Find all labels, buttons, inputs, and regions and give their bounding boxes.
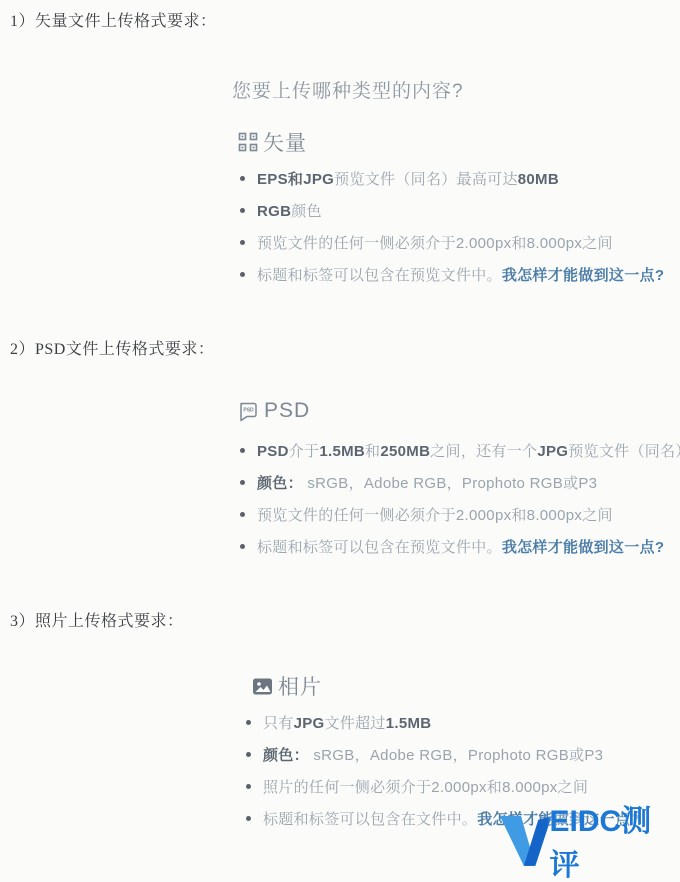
- text-segment: 预览文件的任何一侧必须介于2.000px和8.000px之间: [257, 507, 613, 524]
- requirement-text: RGB颜色: [257, 200, 322, 221]
- text-segment: sRGB，Adobe RGB，Prophoto RGB或P3: [309, 747, 603, 764]
- requirement-text: EPS和JPG预览文件（同名）最高可达80MB: [257, 168, 559, 189]
- bullet-dot: [240, 448, 245, 453]
- bullet-dot: [246, 720, 251, 725]
- text-segment: 80MB: [518, 171, 559, 188]
- vector-type-label: 矢量: [263, 127, 307, 157]
- requirement-text: 颜色： sRGB，Adobe RGB，Prophoto RGB或P3: [257, 472, 597, 493]
- bullet-dot: [246, 816, 251, 821]
- psd-type-heading: PSD PSD: [238, 399, 310, 423]
- text-segment: 只有: [263, 715, 294, 732]
- requirement-text: 颜色： sRGB，Adobe RGB，Prophoto RGB或P3: [263, 744, 603, 765]
- requirement-item: EPS和JPG预览文件（同名）最高可达80MB: [240, 162, 680, 194]
- requirement-item: 只有JPG文件超过1.5MB: [246, 706, 680, 738]
- requirement-text: 预览文件的任何一侧必须介于2.000px和8.000px之间: [257, 232, 613, 253]
- requirement-item: PSD介于1.5MB和250MB之间，还有一个JPG预览文件（同名）: [240, 434, 680, 466]
- bullet-dot: [240, 512, 245, 517]
- requirement-item: RGB颜色: [240, 194, 680, 226]
- text-segment: 1.5MB: [319, 443, 365, 460]
- section-1-number-heading: 1）矢量文件上传格式要求：: [10, 8, 217, 31]
- photo-icon: [252, 676, 273, 697]
- text-segment: PSD: [257, 443, 289, 460]
- requirement-text: 预览文件的任何一侧必须介于2.000px和8.000px之间: [257, 504, 613, 525]
- bullet-dot: [240, 480, 245, 485]
- requirement-text: 标题和标签可以包含在预览文件中。我怎样才能做到这一点?: [257, 536, 664, 557]
- photo-type-label: 相片: [278, 671, 322, 701]
- text-segment: JPG: [294, 715, 325, 732]
- veidc-watermark: EIDC测评: [498, 796, 680, 882]
- text-segment: 标题和标签可以包含在预览文件中。: [257, 539, 502, 556]
- text-segment: 颜色: [291, 203, 322, 220]
- requirement-text: 照片的任何一侧必须介于2.000px和8.000px之间: [263, 776, 588, 797]
- requirement-item: 颜色： sRGB，Adobe RGB，Prophoto RGB或P3: [240, 466, 680, 498]
- text-segment: 预览文件（同名）最高可达: [334, 171, 518, 188]
- requirement-item: 颜色： sRGB，Adobe RGB，Prophoto RGB或P3: [246, 738, 680, 770]
- how-to-link[interactable]: 我怎样才能做到这一点?: [502, 539, 664, 556]
- text-segment: 颜色：: [257, 475, 303, 492]
- vector-type-heading: 矢量: [238, 127, 307, 157]
- text-segment: 颜色：: [263, 747, 309, 764]
- text-segment: 标题和标签可以包含在预览文件中。: [257, 267, 502, 284]
- text-segment: JPG: [537, 443, 568, 460]
- psd-type-label: PSD: [264, 399, 310, 423]
- requirement-item: 标题和标签可以包含在预览文件中。我怎样才能做到这一点?: [240, 530, 680, 562]
- text-segment: RGB: [257, 203, 291, 220]
- text-segment: 介于: [289, 443, 320, 460]
- veidc-v-logo: [498, 810, 555, 870]
- bullet-dot: [246, 784, 251, 789]
- psd-requirements-list: PSD介于1.5MB和250MB之间，还有一个JPG预览文件（同名）颜色： sR…: [240, 434, 680, 562]
- bullet-dot: [240, 208, 245, 213]
- text-segment: 文件超过: [325, 715, 386, 732]
- text-segment: 和: [365, 443, 380, 460]
- text-segment: 预览文件的任何一侧必须介于2.000px和8.000px之间: [257, 235, 613, 252]
- psd-file-icon: PSD: [238, 401, 259, 422]
- text-segment: sRGB，Adobe RGB，Prophoto RGB或P3: [303, 475, 597, 492]
- photo-type-heading: 相片: [252, 671, 322, 701]
- text-segment: 标题和标签可以包含在文件中。: [263, 811, 477, 828]
- how-to-link[interactable]: 我怎样才能做到这一点?: [502, 267, 664, 284]
- text-segment: 之间，还有一个: [430, 443, 537, 460]
- section-2-number-heading: 2）PSD文件上传格式要求：: [10, 336, 214, 359]
- bullet-dot: [240, 544, 245, 549]
- requirement-text: 标题和标签可以包含在预览文件中。我怎样才能做到这一点?: [257, 264, 664, 285]
- requirement-item: 标题和标签可以包含在预览文件中。我怎样才能做到这一点?: [240, 258, 680, 290]
- bullet-dot: [240, 176, 245, 181]
- text-segment: 250MB: [380, 443, 430, 460]
- watermark-text: EIDC测评: [549, 796, 680, 882]
- bullet-dot: [246, 752, 251, 757]
- bullet-dot: [240, 240, 245, 245]
- section-3-number-heading: 3）照片上传格式要求：: [10, 608, 184, 631]
- vector-requirements-list: EPS和JPG预览文件（同名）最高可达80MBRGB颜色预览文件的任何一侧必须介…: [240, 162, 680, 290]
- text-segment: 预览文件（同名）: [568, 443, 680, 460]
- text-segment: EPS和JPG: [257, 171, 334, 188]
- upload-type-question: 您要上传哪种类型的内容?: [232, 76, 464, 103]
- requirement-item: 预览文件的任何一侧必须介于2.000px和8.000px之间: [240, 498, 680, 530]
- text-segment: 1.5MB: [386, 715, 432, 732]
- bullet-dot: [240, 272, 245, 277]
- svg-text:PSD: PSD: [243, 407, 254, 413]
- requirement-item: 预览文件的任何一侧必须介于2.000px和8.000px之间: [240, 226, 680, 258]
- requirement-text: 只有JPG文件超过1.5MB: [263, 712, 431, 733]
- requirement-text: PSD介于1.5MB和250MB之间，还有一个JPG预览文件（同名）: [257, 440, 680, 461]
- vector-nodes-icon: [238, 132, 258, 152]
- text-segment: 照片的任何一侧必须介于2.000px和8.000px之间: [263, 779, 588, 796]
